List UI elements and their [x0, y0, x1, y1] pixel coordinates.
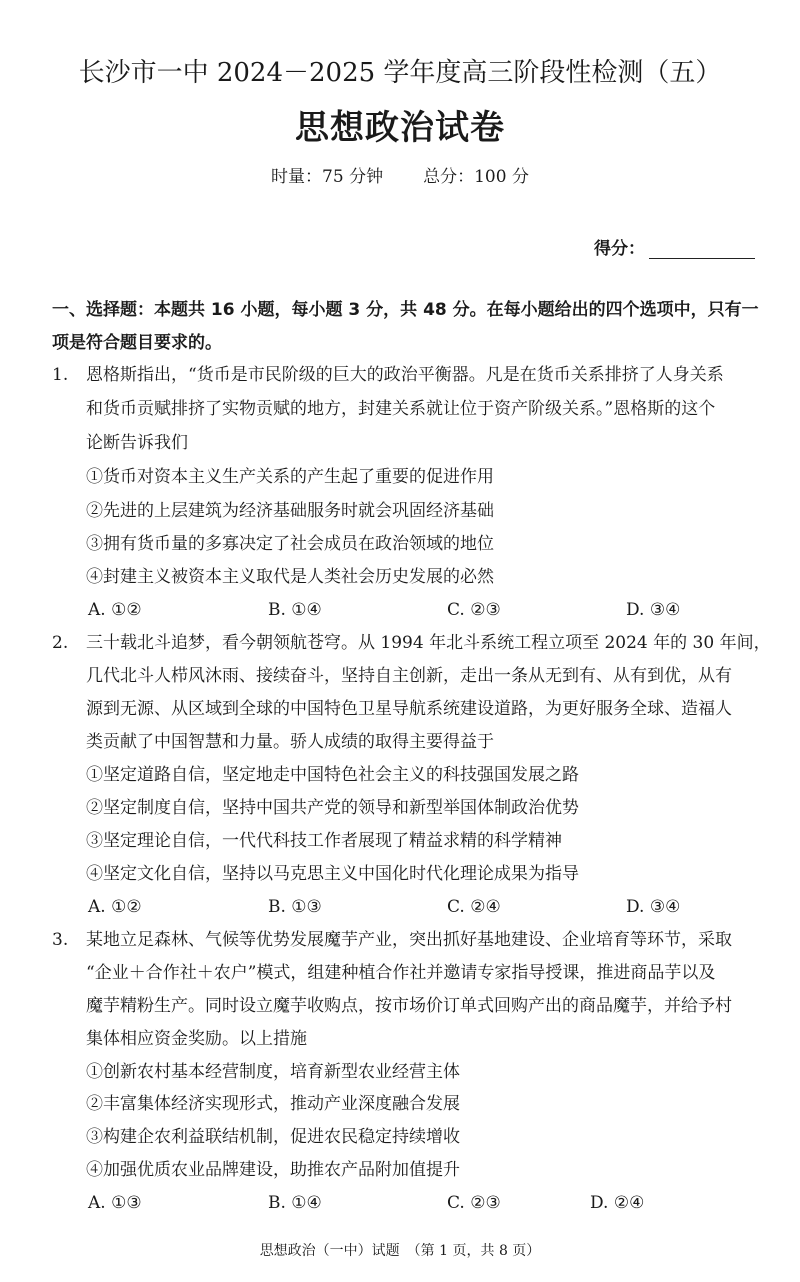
statement: ③坚定理论自信，一代代科技工作者展现了精益求精的科学精神	[86, 830, 562, 852]
question-stem-line: “企业＋合作社＋农户”模式，组建种植合作社并邀请专家指导授课，推进商品芋以及	[86, 962, 715, 984]
choice-d[interactable]: D. ③④	[626, 599, 680, 621]
choice-a[interactable]: A. ①②	[88, 599, 142, 621]
statement: ④坚定文化自信，坚持以马克思主义中国化时代化理论成果为指导	[86, 863, 579, 885]
question-stem-line: 和货币贡赋排挤了实物贡赋的地方，封建关系就让位于资产阶级关系。”恩格斯的这个	[86, 398, 715, 420]
statement: ①坚定道路自信，坚定地走中国特色社会主义的科技强国发展之路	[86, 764, 579, 786]
question-stem-line: 类贡献了中国智慧和力量。骄人成绩的取得主要得益于	[86, 731, 494, 753]
choice-b[interactable]: B. ①④	[268, 599, 322, 621]
statement: ②坚定制度自信，坚持中国共产党的领导和新型举国体制政治优势	[86, 797, 579, 819]
question-stem-line: 集体相应资金奖励。以上措施	[86, 1028, 307, 1050]
statement: ③构建企农利益联结机制，促进农民稳定持续增收	[86, 1126, 460, 1148]
time-limit: 时量：75 分钟	[271, 167, 383, 187]
section-heading: 一、选择题：本题共 16 小题，每小题 3 分，共 48 分。在每小题给出的四个…	[52, 294, 762, 360]
question-stem-line: 三十载北斗追梦，看今朝领航苍穹。从 1994 年北斗系统工程立项至 2024 年…	[86, 632, 771, 654]
question-number: 2.	[52, 632, 68, 654]
choice-c[interactable]: C. ②④	[447, 896, 501, 918]
choice-a[interactable]: A. ①②	[88, 896, 142, 918]
statement: ③拥有货币量的多寡决定了社会成员在政治领域的地位	[86, 533, 494, 555]
question-stem-line: 几代北斗人栉风沐雨、接续奋斗，坚持自主创新，走出一条从无到有、从有到优，从有	[86, 665, 732, 687]
question-number: 3.	[52, 929, 68, 951]
choice-c[interactable]: C. ②③	[447, 1192, 501, 1214]
statement: ①创新农村基本经营制度，培育新型农业经营主体	[86, 1061, 460, 1083]
question-number: 1.	[52, 364, 68, 386]
choice-a[interactable]: A. ①③	[88, 1192, 142, 1214]
question-stem-line: 某地立足森林、气候等优势发展魔芋产业，突出抓好基地建设、企业培育等环节，采取	[86, 929, 732, 951]
choice-d[interactable]: D. ②④	[590, 1192, 644, 1214]
choice-d[interactable]: D. ③④	[626, 896, 680, 918]
subject-title: 思想政治试卷	[0, 100, 800, 149]
question-stem-line: 魔芋精粉生产。同时设立魔芋收购点，按市场价订单式回购产出的商品魔芋，并给予村	[86, 995, 732, 1017]
choice-c[interactable]: C. ②③	[447, 599, 501, 621]
question-stem-line: 论断告诉我们	[86, 432, 188, 454]
score-blank	[649, 244, 755, 259]
statement: ④封建主义被资本主义取代是人类社会历史发展的必然	[86, 566, 494, 588]
total-score: 总分：100 分	[423, 167, 529, 187]
question-stem-line: 源到无源、从区域到全球的中国特色卫星导航系统建设道路，为更好服务全球、造福人	[86, 698, 732, 720]
choice-b[interactable]: B. ①④	[268, 1192, 322, 1214]
question-stem-line: 恩格斯指出，“货币是市民阶级的巨大的政治平衡器。凡是在货币关系排挤了人身关系	[86, 364, 724, 386]
exam-title: 长沙市一中 2024－2025 学年度高三阶段性检测（五）	[0, 52, 800, 89]
statement: ②丰富集体经济实现形式，推动产业深度融合发展	[86, 1093, 460, 1115]
score-field: 得分：	[594, 234, 755, 259]
choice-b[interactable]: B. ①③	[268, 896, 322, 918]
page-footer: 思想政治（一中）试题 （第 1 页，共 8 页）	[0, 1240, 800, 1260]
statement: ①货币对资本主义生产关系的产生起了重要的促进作用	[86, 466, 494, 488]
score-label: 得分：	[594, 239, 645, 259]
statement: ②先进的上层建筑为经济基础服务时就会巩固经济基础	[86, 500, 494, 522]
exam-meta: 时量：75 分钟总分：100 分	[0, 162, 800, 187]
statement: ④加强优质农业品牌建设，助推农产品附加值提升	[86, 1159, 460, 1181]
